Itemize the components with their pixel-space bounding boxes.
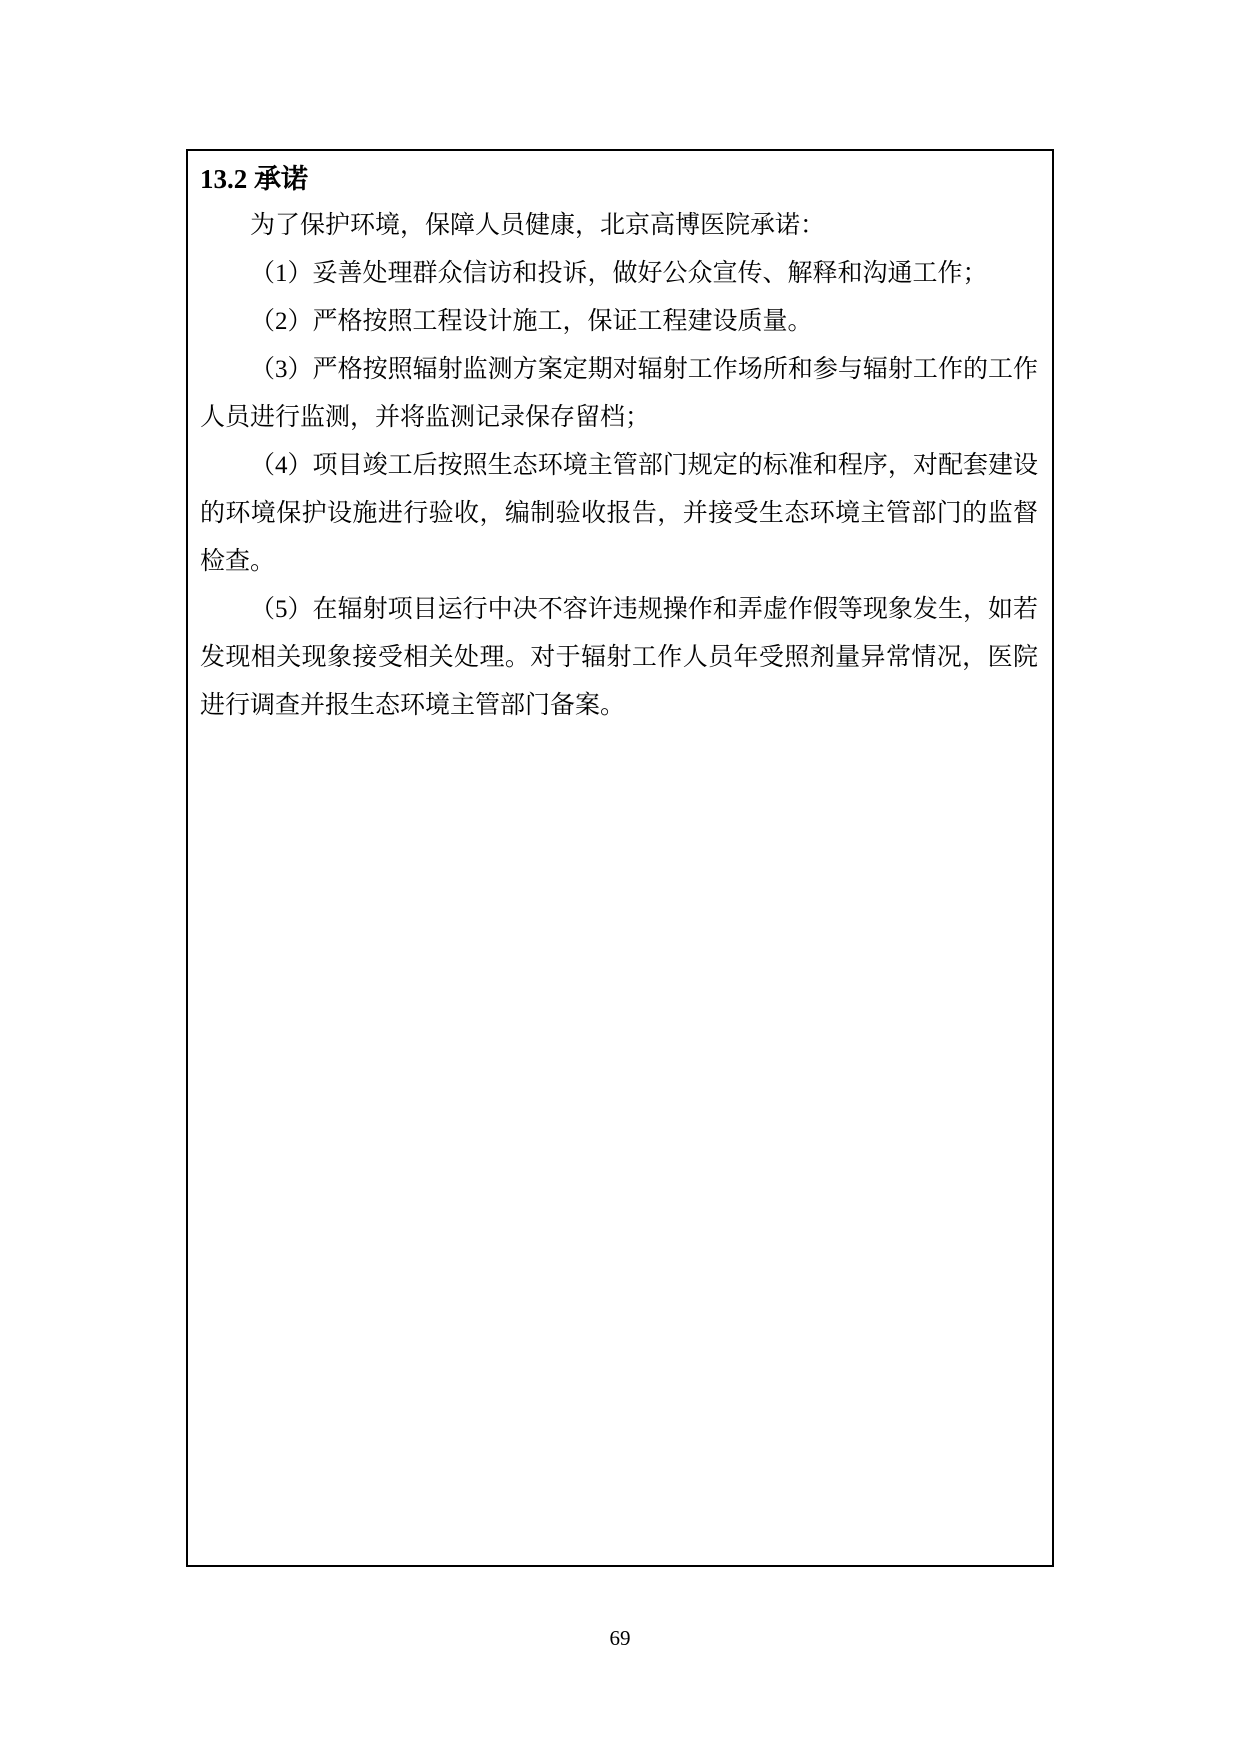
commitment-paragraph-1: （1）妥善处理群众信访和投诉，做好公众宣传、解释和沟通工作；	[200, 250, 1038, 298]
commitment-paragraph-5: （5）在辐射项目运行中决不容许违规操作和弄虚作假等现象发生，如若发现相关现象接受…	[200, 586, 1038, 730]
commitment-paragraph-4: （4）项目竣工后按照生态环境主管部门规定的标准和程序，对配套建设的环境保护设施进…	[200, 442, 1038, 586]
commitment-paragraph-2: （2）严格按照工程设计施工，保证工程建设质量。	[200, 298, 1038, 346]
section-heading: 13.2 承诺	[200, 156, 1038, 202]
intro-paragraph: 为了保护环境，保障人员健康，北京高博医院承诺：	[200, 202, 1038, 250]
page-number: 69	[0, 1626, 1240, 1651]
commitment-paragraph-3: （3）严格按照辐射监测方案定期对辐射工作场所和参与辐射工作的工作人员进行监测，并…	[200, 346, 1038, 442]
content-border-box: 13.2 承诺 为了保护环境，保障人员健康，北京高博医院承诺： （1）妥善处理群…	[186, 149, 1054, 1567]
document-page: 13.2 承诺 为了保护环境，保障人员健康，北京高博医院承诺： （1）妥善处理群…	[0, 0, 1240, 1754]
